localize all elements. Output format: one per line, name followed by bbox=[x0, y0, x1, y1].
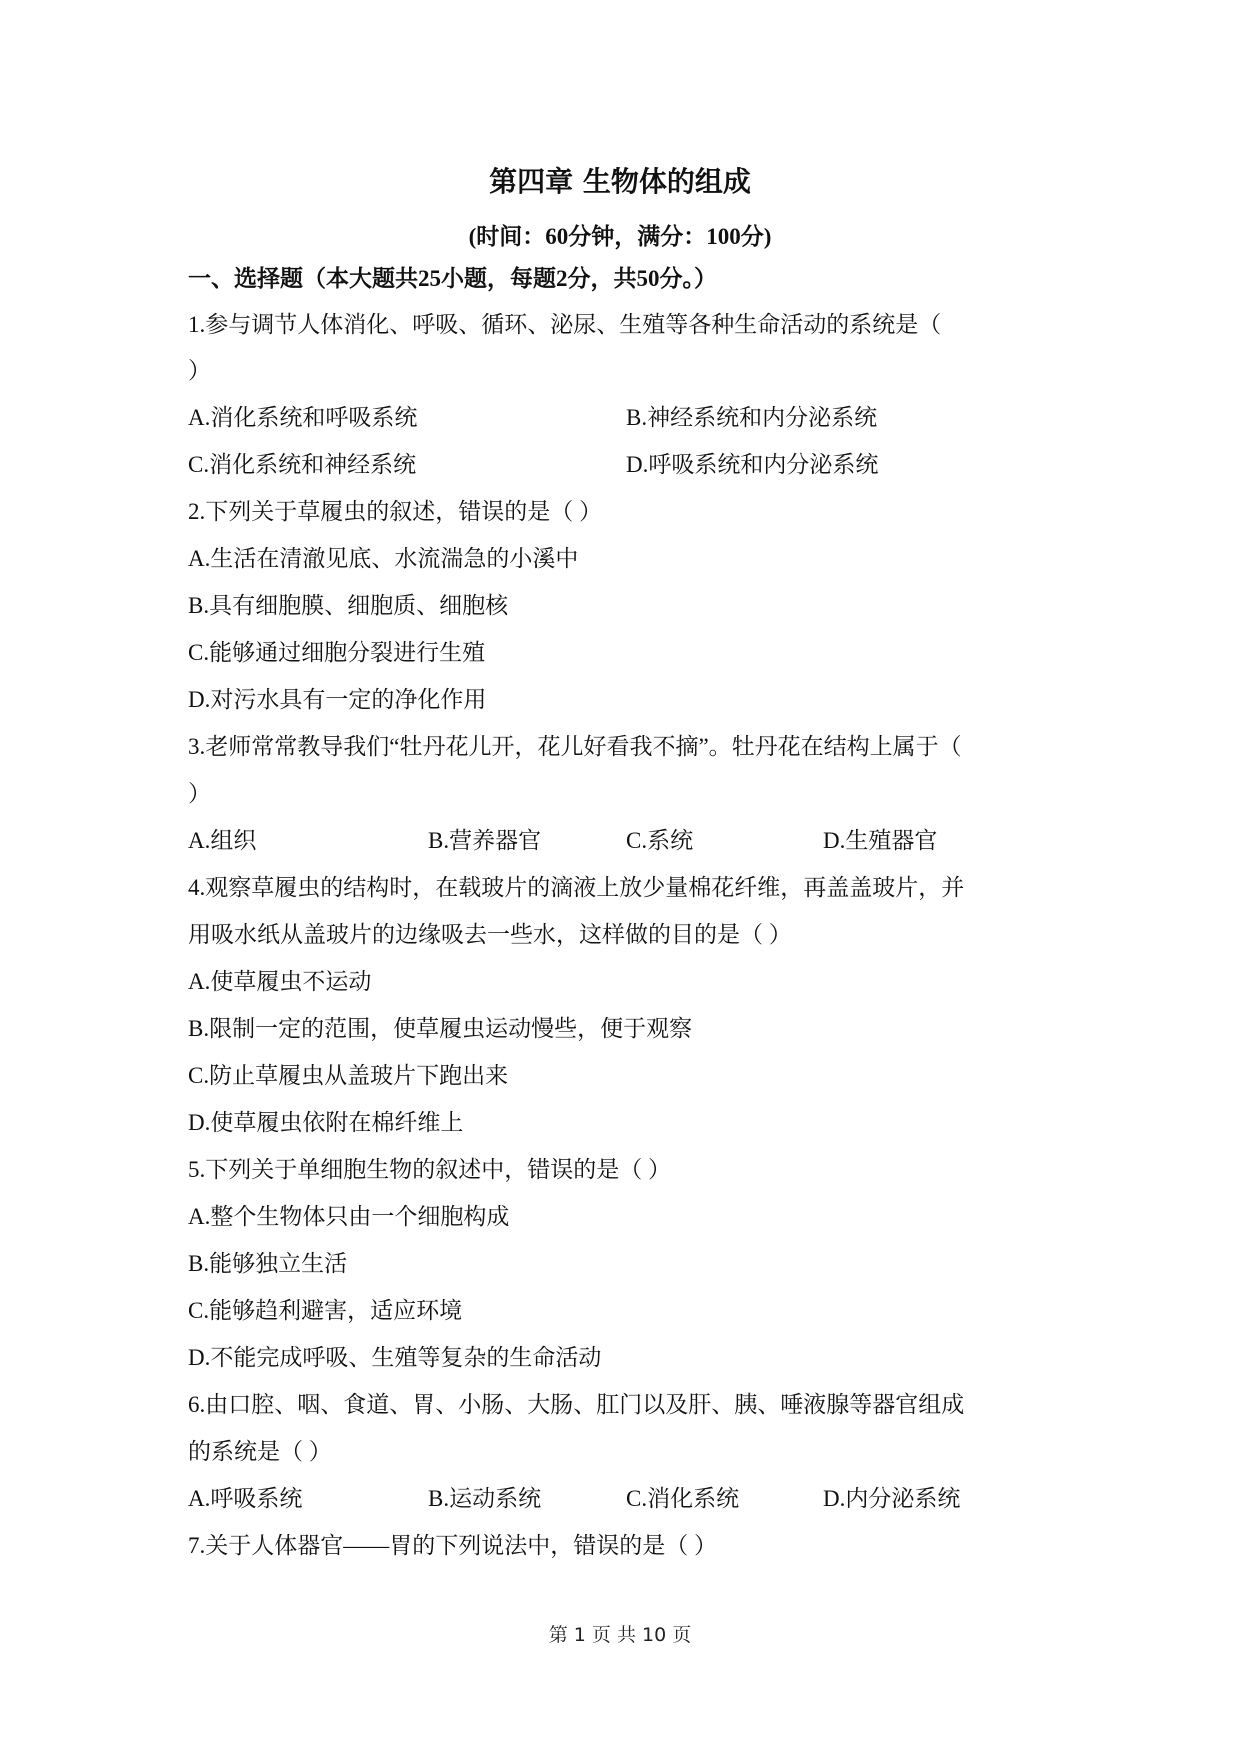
question-3-option-b: B.营养器官 bbox=[428, 826, 541, 856]
question-3-text-cont: ） bbox=[188, 779, 211, 809]
question-4-option-c: C.防止草履虫从盖玻片下跑出来 bbox=[188, 1061, 508, 1091]
question-1-text: 1.参与调节人体消化、呼吸、循环、泌尿、生殖等各种生命活动的系统是（ bbox=[188, 310, 941, 340]
question-1-option-d: D.呼吸系统和内分泌系统 bbox=[626, 450, 878, 480]
question-2-option-b: B.具有细胞膜、细胞质、细胞核 bbox=[188, 591, 508, 621]
question-5-option-c: C.能够趋利避害，适应环境 bbox=[188, 1296, 462, 1326]
page-footer: 第 1 页 共 10 页 bbox=[0, 1620, 1240, 1647]
question-5-option-a: A.整个生物体只由一个细胞构成 bbox=[188, 1202, 509, 1232]
question-4-option-b: B.限制一定的范围，使草履虫运动慢些，便于观察 bbox=[188, 1014, 692, 1044]
question-6-option-a: A.呼吸系统 bbox=[188, 1484, 302, 1514]
question-6-option-d: D.内分泌系统 bbox=[823, 1484, 960, 1514]
question-3-option-c: C.系统 bbox=[626, 826, 693, 856]
document-title: 第四章 生物体的组成 bbox=[0, 160, 1240, 200]
question-1-option-b: B.神经系统和内分泌系统 bbox=[626, 403, 877, 433]
question-2-option-c: C.能够通过细胞分裂进行生殖 bbox=[188, 638, 485, 668]
question-1-text-cont: ） bbox=[188, 356, 211, 386]
question-2-text: 2.下列关于草履虫的叙述，错误的是（ ） bbox=[188, 497, 602, 527]
question-5-option-b: B.能够独立生活 bbox=[188, 1249, 347, 1279]
question-4-text: 4.观察草履虫的结构时，在载玻片的滴液上放少量棉花纤维，再盖盖玻片，并 bbox=[188, 873, 964, 903]
question-1-option-c: C.消化系统和神经系统 bbox=[188, 450, 416, 480]
question-6-text-cont: 的系统是（ ） bbox=[188, 1437, 332, 1467]
question-3-option-a: A.组织 bbox=[188, 826, 256, 856]
question-2-option-d: D.对污水具有一定的净化作用 bbox=[188, 685, 486, 715]
question-2-option-a: A.生活在清澈见底、水流湍急的小溪中 bbox=[188, 544, 578, 574]
question-6-text: 6.由口腔、咽、食道、胃、小肠、大肠、肛门以及肝、胰、唾液腺等器官组成 bbox=[188, 1390, 964, 1420]
question-3-text: 3.老师常常教导我们“牡丹花儿开，花儿好看我不摘”。牡丹花在结构上属于（ bbox=[188, 732, 962, 762]
question-6-option-c: C.消化系统 bbox=[626, 1484, 739, 1514]
question-5-option-d: D.不能完成呼吸、生殖等复杂的生命活动 bbox=[188, 1343, 601, 1373]
section-heading: 一、选择题（本大题共25小题，每题2分，共50分。） bbox=[188, 264, 717, 294]
question-7-text: 7.关于人体器官——胃的下列说法中，错误的是（ ） bbox=[188, 1531, 717, 1561]
question-4-option-d: D.使草履虫依附在棉纤维上 bbox=[188, 1108, 463, 1138]
question-4-option-a: A.使草履虫不运动 bbox=[188, 967, 371, 997]
question-5-text: 5.下列关于单细胞生物的叙述中，错误的是（ ） bbox=[188, 1155, 671, 1185]
question-4-text-cont: 用吸水纸从盖玻片的边缘吸去一些水，这样做的目的是（ ） bbox=[188, 920, 792, 950]
exam-info: (时间：60分钟，满分：100分) bbox=[0, 218, 1240, 251]
question-1-option-a: A.消化系统和呼吸系统 bbox=[188, 403, 417, 433]
question-3-option-d: D.生殖器官 bbox=[823, 826, 937, 856]
question-6-option-b: B.运动系统 bbox=[428, 1484, 541, 1514]
